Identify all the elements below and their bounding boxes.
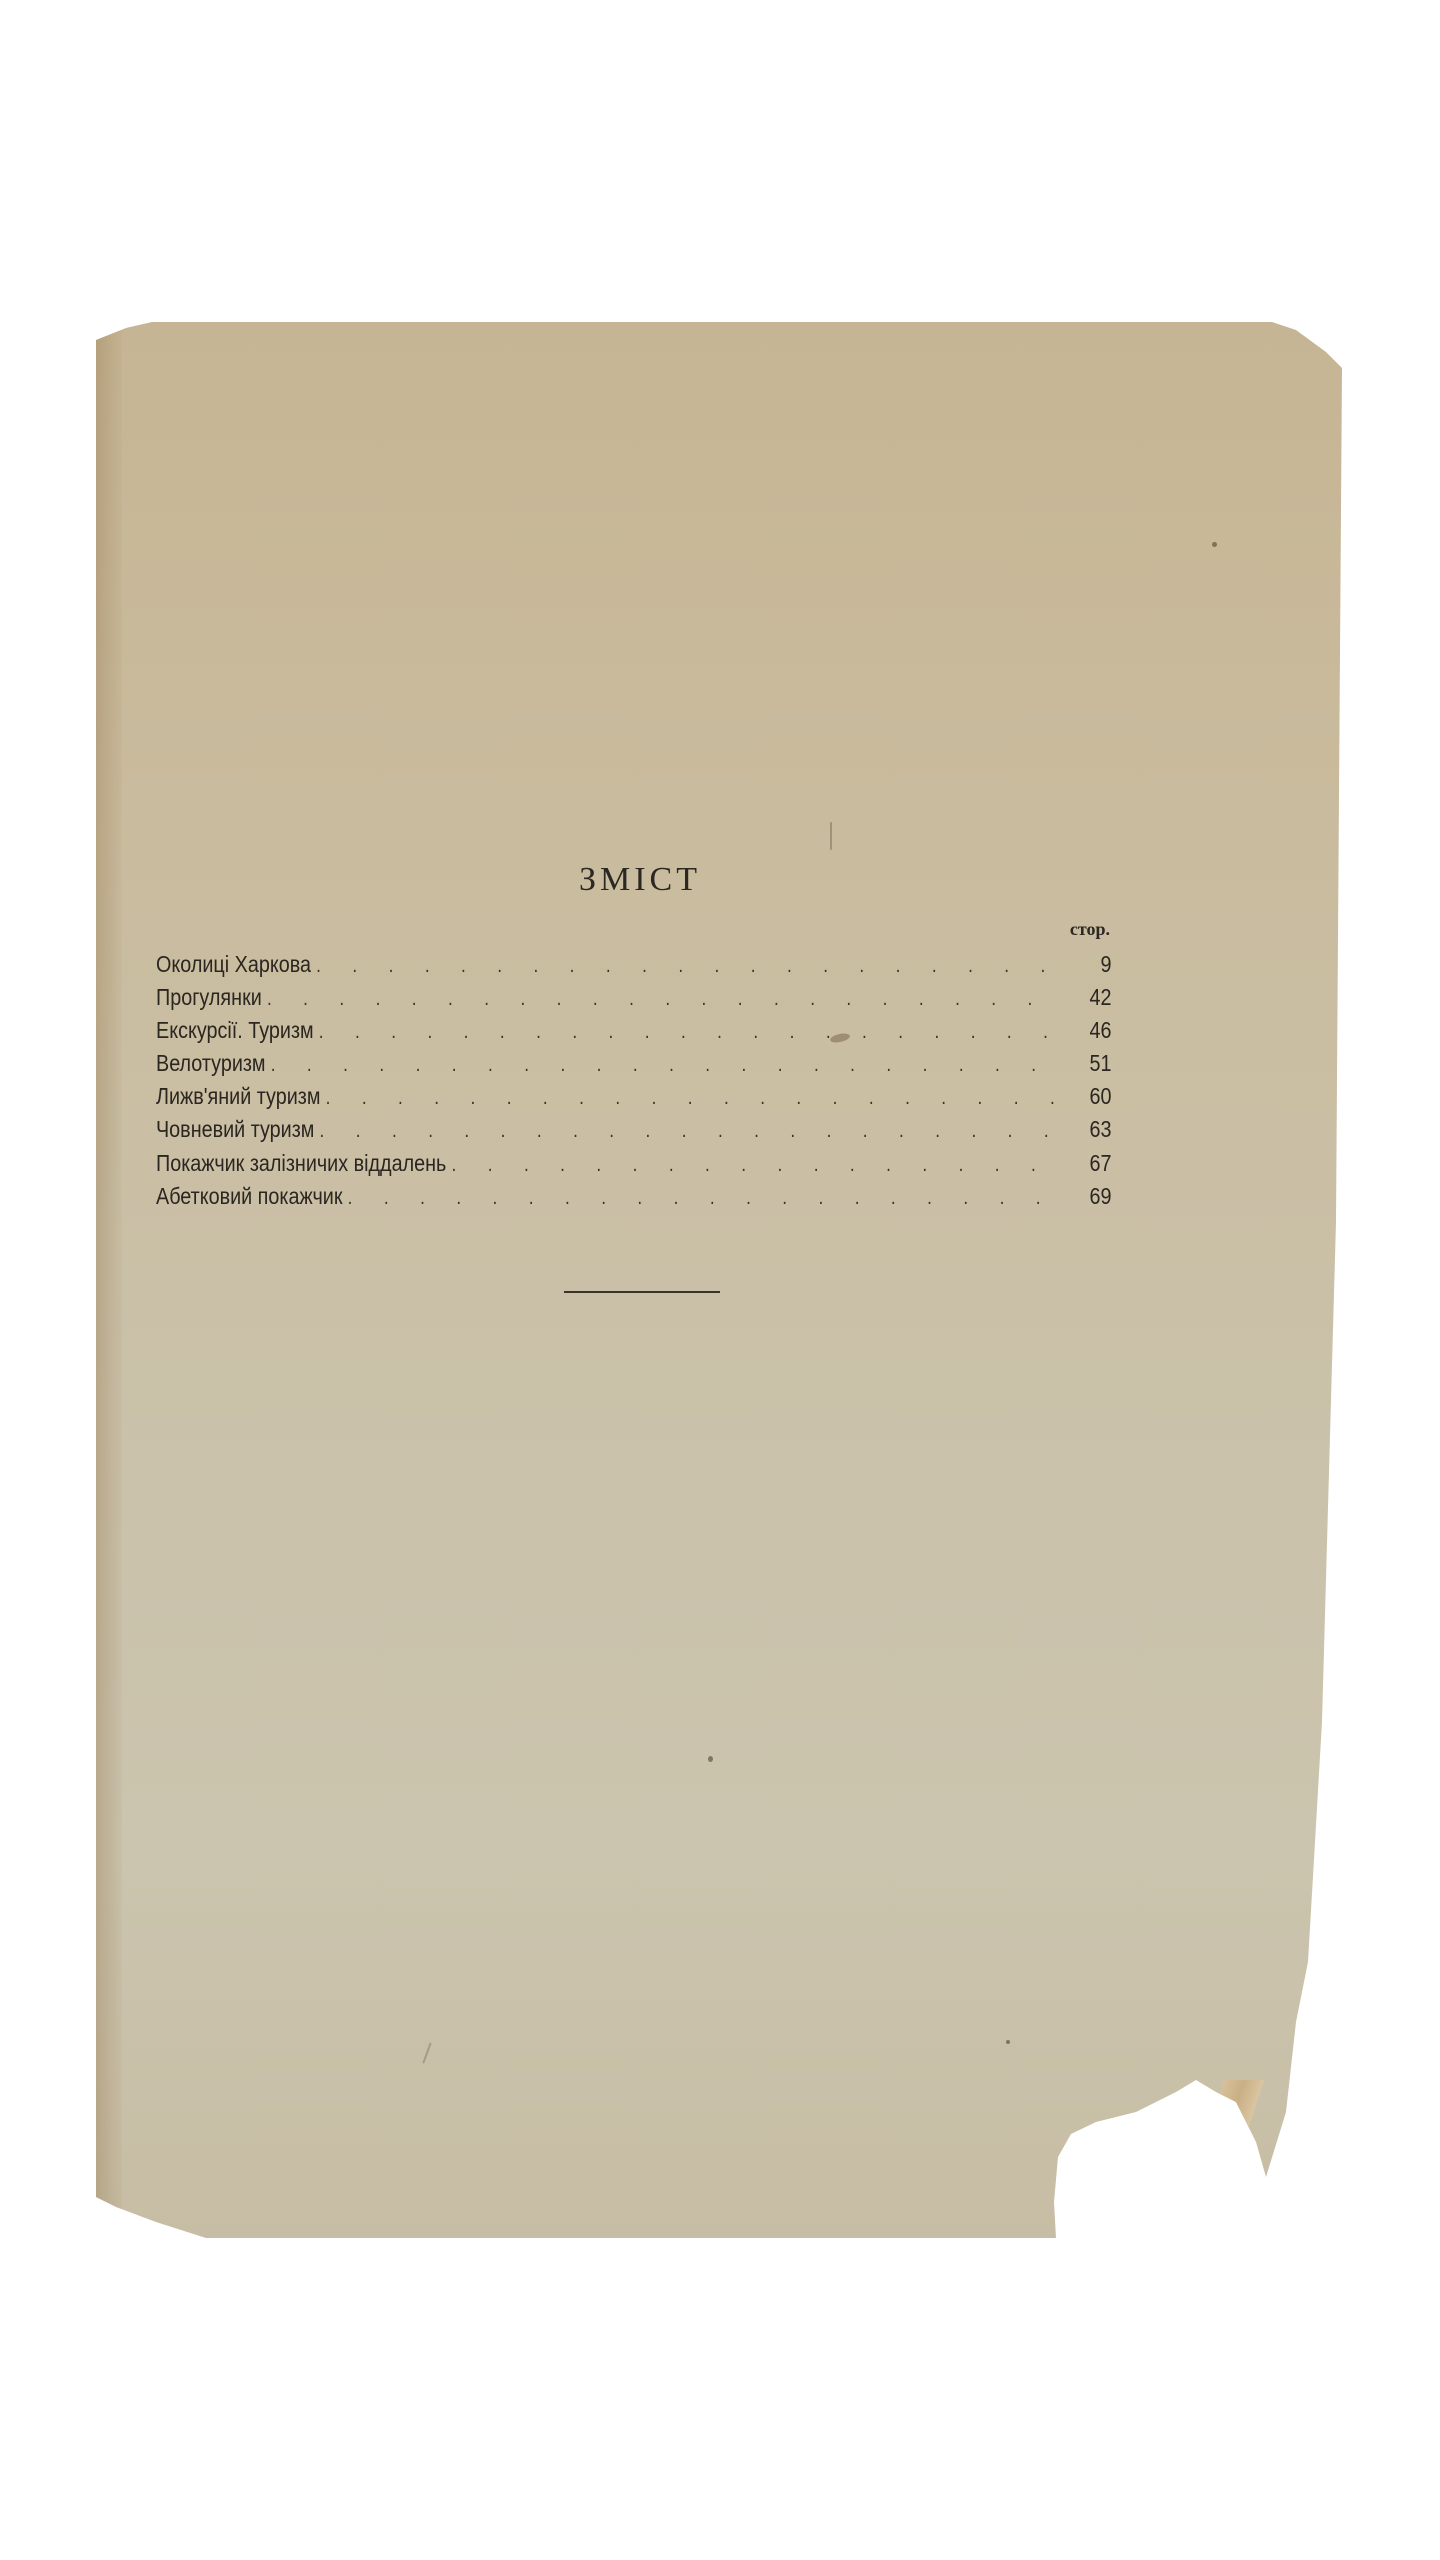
toc-entry-page: 51 <box>1065 1047 1111 1080</box>
toc-entry: Екскурсії. Туризм 46 <box>156 1014 1111 1047</box>
toc-list: Околиці Харкова 9 Прогулянки 42 Екскурсі… <box>156 948 1112 1213</box>
toc-entry-page: 42 <box>1065 981 1111 1014</box>
toc-entry: Абетковий покажчик 69 <box>156 1180 1111 1213</box>
toc-entry: Прогулянки 42 <box>156 981 1111 1014</box>
toc-entry-page: 9 <box>1065 948 1111 981</box>
dot-leader <box>320 1115 1065 1148</box>
toc-entry-label: Човневий туризм <box>156 1113 320 1146</box>
section-divider <box>564 1291 720 1293</box>
toc-entry: Велотуризм 51 <box>156 1047 1111 1080</box>
toc-entry-page: 46 <box>1065 1014 1111 1047</box>
dot-leader <box>452 1149 1065 1182</box>
toc-entry-label: Околиці Харкова <box>156 948 316 981</box>
dot-leader <box>326 1082 1065 1115</box>
page-column-label: стор. <box>1070 918 1110 940</box>
dot-leader <box>319 1016 1065 1049</box>
toc-entry: Покажчик залізничих віддалень 67 <box>156 1147 1111 1180</box>
toc-entry-label: Екскурсії. Туризм <box>156 1014 319 1047</box>
toc-entry-label: Абетковий покажчик <box>156 1180 348 1213</box>
dot-leader <box>348 1182 1065 1215</box>
toc-entry-page: 67 <box>1065 1147 1111 1180</box>
dot-leader <box>271 1049 1065 1082</box>
toc-entry-label: Прогулянки <box>156 981 267 1014</box>
toc-entry: Околиці Харкова 9 <box>156 948 1111 981</box>
dot-leader <box>267 983 1065 1016</box>
page-title: ЗМІСТ <box>560 862 720 898</box>
toc-entry-label: Велотуризм <box>156 1047 271 1080</box>
toc-entry-page: 69 <box>1065 1180 1111 1213</box>
toc-entry-label: Покажчик залізничих віддалень <box>156 1147 452 1180</box>
table-of-contents-page: ЗМІСТ стор. Околиці Харкова 9 Прогулянки… <box>0 0 1440 2560</box>
toc-entry-page: 60 <box>1065 1080 1111 1113</box>
dot-leader <box>316 950 1065 983</box>
toc-entry: Човневий туризм 63 <box>156 1113 1111 1146</box>
toc-entry: Лижв'яний туризм 60 <box>156 1080 1111 1113</box>
toc-entry-page: 63 <box>1065 1113 1111 1146</box>
toc-entry-label: Лижв'яний туризм <box>156 1080 326 1113</box>
